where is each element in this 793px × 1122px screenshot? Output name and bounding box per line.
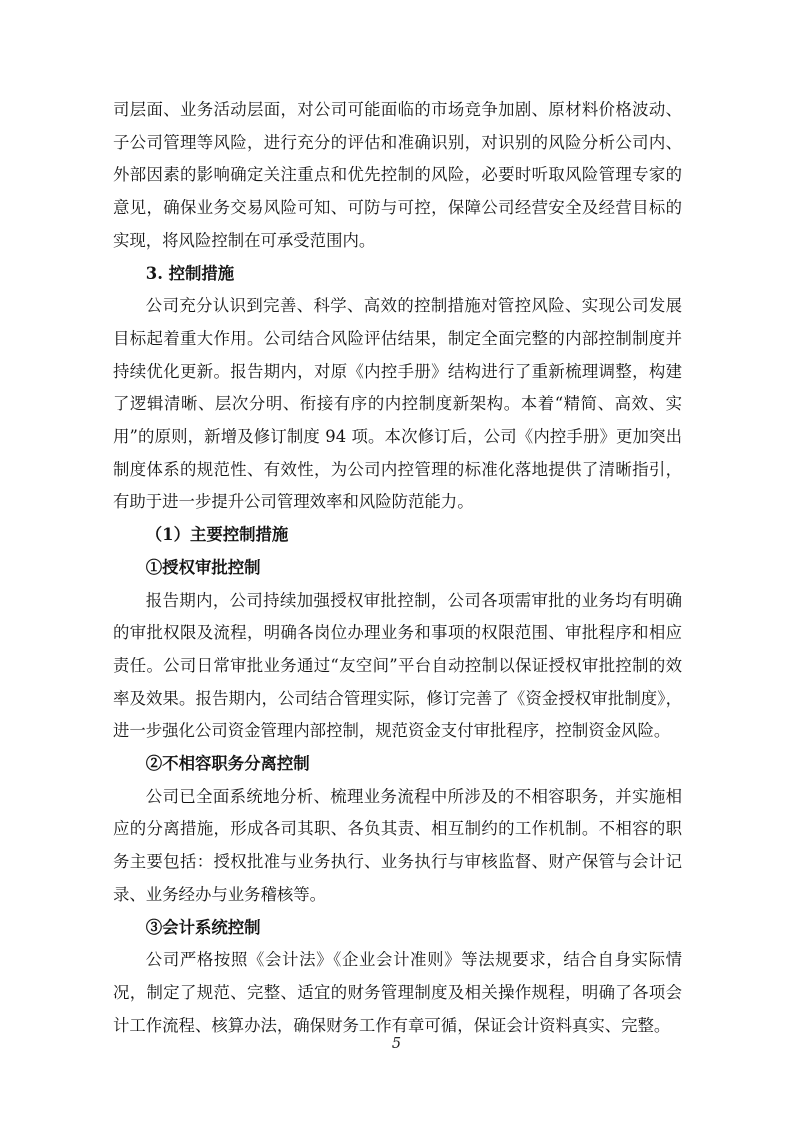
- paragraph-control-system-overview: 公司充分认识到完善、科学、高效的控制措施对管控风险、实现公司发展目标起着重大作用…: [113, 290, 682, 519]
- heading-incompatible-duties-separation-control: ②不相容职务分离控制: [113, 748, 682, 781]
- heading-authorization-approval-control: ①授权审批控制: [113, 552, 682, 585]
- paragraph-incompatible-duties: 公司已全面系统地分析、梳理业务流程中所涉及的不相容职务，并实施相应的分离措施，形…: [113, 781, 682, 912]
- heading-control-measures: 3. 控制措施: [113, 258, 682, 291]
- paragraph-accounting-system: 公司严格按照《会计法》《企业会计准则》等法规要求，结合自身实际情况，制定了规范、…: [113, 944, 682, 1042]
- heading-accounting-system-control: ③会计系统控制: [113, 912, 682, 945]
- page-footer: 5: [0, 1036, 793, 1052]
- page-number: 5: [392, 1036, 401, 1052]
- document-page: 司层面、业务活动层面，对公司可能面临的市场竞争加剧、原材料价格波动、子公司管理等…: [0, 0, 793, 1122]
- paragraph-authorization-approval: 报告期内，公司持续加强授权审批控制，公司各项需审批的业务均有明确的审批权限及流程…: [113, 585, 682, 749]
- paragraph-risk-control-continuation: 司层面、业务活动层面，对公司可能面临的市场竞争加剧、原材料价格波动、子公司管理等…: [113, 94, 682, 258]
- document-body: 司层面、业务活动层面，对公司可能面临的市场竞争加剧、原材料价格波动、子公司管理等…: [113, 94, 682, 1042]
- heading-main-control-measures: （1）主要控制措施: [113, 519, 682, 552]
